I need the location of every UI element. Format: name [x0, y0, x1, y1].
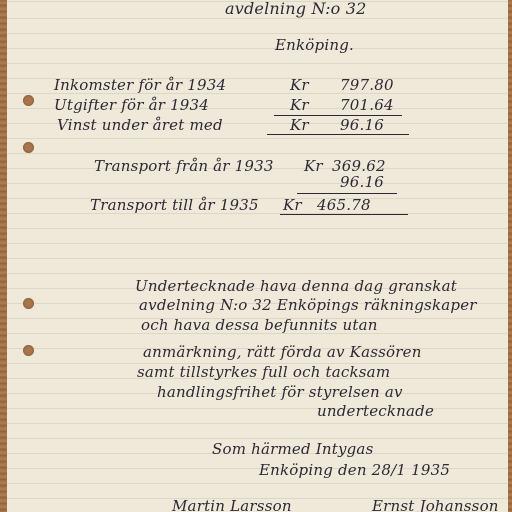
- statement-line: undertecknade: [317, 402, 434, 420]
- statement-line: avdelning N:o 32 Enköpings räkningskaper: [139, 296, 477, 314]
- punch-hole: [23, 95, 34, 106]
- account-currency: Kr: [290, 96, 309, 114]
- statement-line: handlingsfrihet för styrelsen av: [157, 383, 403, 401]
- account-amount: 96.16: [340, 116, 384, 134]
- punch-hole: [23, 142, 34, 153]
- statement-line: anmärkning, rätt förda av Kassören: [143, 343, 422, 361]
- transport-from-label: Transport från år 1933: [94, 157, 274, 175]
- closing-line-1: Som härmed Intygas: [212, 440, 373, 458]
- account-amount: 797.80: [340, 76, 394, 94]
- account-currency: Kr: [290, 116, 309, 134]
- transport-to-currency: Kr: [283, 196, 302, 214]
- transport-added-amount: 96.16: [340, 173, 384, 191]
- closing-date: Enköping den 28/1 1935: [259, 461, 450, 479]
- ledger-page: avdelning N:o 32 Enköping. Inkomster för…: [7, 0, 508, 512]
- punch-hole: [23, 345, 34, 356]
- header-place: Enköping.: [275, 36, 354, 54]
- statement-line: och hava dessa befunnits utan: [141, 316, 378, 334]
- underline: [267, 134, 409, 135]
- punch-hole: [23, 298, 34, 309]
- underline: [280, 214, 408, 215]
- signature: Martin Larsson: [172, 497, 292, 512]
- statement-line: samt tillstyrkes full och tacksam: [137, 363, 390, 381]
- account-label: Inkomster för år 1934: [54, 76, 226, 94]
- header-title: avdelning N:o 32: [225, 0, 367, 18]
- account-label: Utgifter för år 1934: [54, 96, 209, 114]
- account-amount: 701.64: [340, 96, 394, 114]
- statement-line: Undertecknade hava denna dag granskat: [135, 277, 457, 295]
- account-currency: Kr: [290, 76, 309, 94]
- underline: [297, 193, 397, 194]
- transport-from-currency: Kr: [304, 157, 323, 175]
- cork-border-left: [0, 0, 7, 512]
- account-label: Vinst under året med: [57, 116, 223, 134]
- cork-border-right: [508, 0, 512, 512]
- transport-to-label: Transport till år 1935: [90, 196, 259, 214]
- transport-to-amount: 465.78: [317, 196, 371, 214]
- signature: Ernst Johansson: [372, 497, 499, 512]
